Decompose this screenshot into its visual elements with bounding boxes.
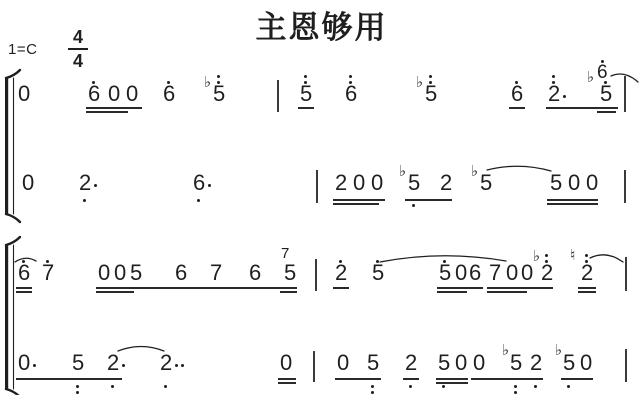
- note-digit: 2: [79, 172, 91, 194]
- barline: [625, 257, 627, 291]
- beam-underline: [578, 291, 596, 293]
- beam-underline: [547, 203, 598, 205]
- note-digit: 5: [72, 352, 84, 374]
- slur-tie: [590, 255, 623, 262]
- beam-underline: [16, 287, 32, 289]
- rest-digit: 0: [98, 262, 110, 284]
- note-digit: 5: [600, 83, 612, 105]
- rest-digit: 0: [108, 83, 120, 105]
- beam-underline: [436, 382, 468, 384]
- sheet-music-page: 主恩够用 1=C 4 4 060065565626502620052550067…: [0, 0, 643, 395]
- augmentation-dot: [563, 95, 566, 98]
- beam-underline: [280, 291, 297, 293]
- note-digit: 5: [425, 83, 437, 105]
- note-digit: 6: [18, 262, 30, 284]
- rest-digit: 0: [353, 172, 365, 194]
- slurs-and-brackets-layer: [0, 0, 643, 395]
- beam-underline: [86, 111, 128, 113]
- rest-digit: 0: [114, 262, 126, 284]
- note-digit: 5: [438, 352, 450, 374]
- note-digit: 7: [489, 262, 501, 284]
- system-bracket-bottom-hook: [6, 389, 20, 395]
- note-digit: 6: [345, 83, 357, 105]
- rest-digit: 0: [126, 83, 138, 105]
- note-digit: 6: [511, 83, 523, 105]
- system-bracket-top-hook: [6, 70, 20, 78]
- note-digit: 5: [408, 172, 420, 194]
- flat-accidental: ♭: [416, 75, 423, 90]
- note-digit: 2: [160, 352, 172, 374]
- beam-underline: [333, 203, 379, 205]
- note-digit: 5: [480, 172, 492, 194]
- rest-digit: 0: [521, 262, 533, 284]
- rest-digit: 0: [455, 352, 467, 374]
- flat-accidental: ♭: [502, 343, 509, 358]
- note-digit: 2: [440, 172, 452, 194]
- note-digit: 2: [548, 83, 560, 105]
- beam-underline: [578, 287, 596, 289]
- beam-underline: [437, 291, 467, 293]
- note-digit: 5: [510, 352, 522, 374]
- note-digit: 6: [88, 83, 100, 105]
- note-digit: 2: [335, 172, 347, 194]
- flat-accidental: ♭: [471, 164, 478, 179]
- note-digit: 5: [284, 262, 296, 284]
- augmentation-dot: [175, 364, 178, 367]
- note-digit: 7: [281, 246, 289, 261]
- barline: [277, 80, 279, 112]
- augmentation-dot: [181, 364, 184, 367]
- beam-underline: [96, 287, 297, 289]
- note-digit: 6: [193, 172, 205, 194]
- rest-digit: 0: [586, 172, 598, 194]
- beam-underline: [471, 378, 543, 380]
- slur-tie: [487, 166, 551, 171]
- note-digit: 2: [107, 352, 119, 374]
- beam-underline: [403, 378, 419, 380]
- beam-underline: [16, 378, 122, 380]
- beam-underline: [333, 287, 349, 289]
- beam-underline: [437, 287, 483, 289]
- barline: [625, 349, 627, 382]
- note-digit: 5: [130, 262, 142, 284]
- beam-underline: [278, 382, 296, 384]
- note-digit: 6: [597, 63, 608, 82]
- system-bracket-bottom-hook: [6, 214, 20, 222]
- natural-accidental: ♮: [570, 248, 575, 263]
- beam-underline: [487, 291, 527, 293]
- beam-underline: [597, 111, 616, 113]
- note-digit: 5: [550, 172, 562, 194]
- note-digit: 6: [249, 262, 261, 284]
- augmentation-dot: [122, 364, 125, 367]
- note-digit: 2: [581, 262, 593, 284]
- rest-digit: 0: [337, 352, 349, 374]
- barline: [624, 170, 626, 203]
- rest-digit: 0: [506, 262, 518, 284]
- barline: [315, 259, 317, 291]
- beam-underline: [278, 378, 296, 380]
- slur-tie: [118, 347, 164, 352]
- rest-digit: 0: [22, 172, 34, 194]
- note-digit: 7: [42, 262, 54, 284]
- beam-underline: [546, 107, 618, 109]
- beam-underline: [96, 291, 134, 293]
- rest-digit: 0: [280, 352, 292, 374]
- beam-underline: [16, 291, 32, 293]
- flat-accidental: ♭: [555, 343, 562, 358]
- beam-underline: [436, 378, 468, 380]
- flat-accidental: ♭: [399, 164, 406, 179]
- rest-digit: 0: [580, 352, 592, 374]
- barline: [316, 170, 318, 203]
- rest-digit: 0: [18, 352, 30, 374]
- beam-underline: [335, 378, 381, 380]
- flat-accidental: ♭: [587, 70, 594, 85]
- beam-underline: [561, 378, 593, 380]
- note-digit: 7: [210, 262, 222, 284]
- note-digit: 5: [300, 83, 312, 105]
- beam-underline: [547, 199, 598, 201]
- augmentation-dot: [94, 184, 97, 187]
- rest-digit: 0: [18, 83, 30, 105]
- barline: [313, 351, 315, 382]
- note-digit: 6: [469, 262, 481, 284]
- note-digit: 5: [439, 262, 451, 284]
- rest-digit: 0: [455, 262, 467, 284]
- note-digit: 2: [541, 262, 553, 284]
- augmentation-dot: [33, 364, 36, 367]
- beam-underline: [86, 107, 142, 109]
- note-digit: 5: [367, 352, 379, 374]
- beam-underline: [333, 199, 385, 201]
- rest-digit: 0: [568, 172, 580, 194]
- octave-dot-above: [601, 60, 604, 63]
- note-digit: 2: [335, 262, 347, 284]
- note-digit: 2: [405, 352, 417, 374]
- beam-underline: [298, 107, 314, 109]
- beam-underline: [405, 199, 452, 201]
- system-bracket-bar: [5, 244, 8, 390]
- note-digit: 6: [175, 262, 187, 284]
- augmentation-dot: [208, 184, 211, 187]
- note-digit: 5: [213, 83, 225, 105]
- rest-digit: 0: [473, 352, 485, 374]
- system-bracket-top-hook: [6, 237, 20, 245]
- note-digit: 2: [530, 352, 542, 374]
- flat-accidental: ♭: [204, 75, 211, 90]
- beam-underline: [487, 287, 553, 289]
- note-digit: 5: [372, 262, 384, 284]
- note-digit: 6: [163, 83, 175, 105]
- note-digit: 5: [563, 352, 575, 374]
- system-bracket-bar: [5, 77, 8, 215]
- barline: [624, 76, 626, 112]
- flat-accidental: ♭: [533, 249, 540, 264]
- rest-digit: 0: [371, 172, 383, 194]
- beam-underline: [509, 107, 525, 109]
